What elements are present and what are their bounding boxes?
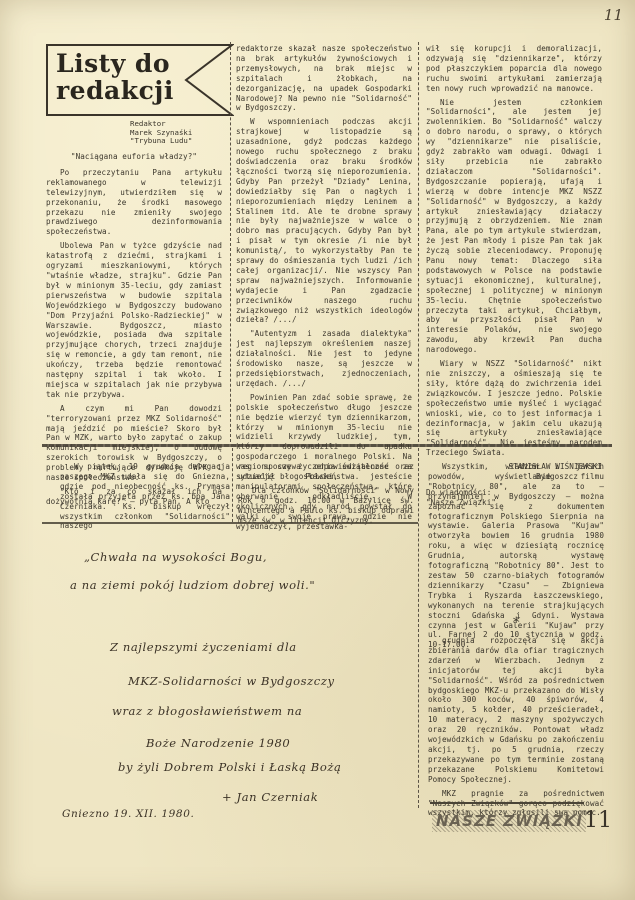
masthead-logo: NASZE ZWIĄZKI (432, 810, 586, 832)
handwriting-separator (42, 522, 418, 524)
notice-paragraph: W piątek, 19 grudnia delegacja naszego M… (60, 462, 230, 531)
notice-column-3b: grudnia rozpoczęła się akcja zbierania d… (428, 636, 604, 822)
page-number: 11 (584, 808, 612, 833)
addressee-block: Redaktor Marek Szynaśki "Trybuna Ludu" (130, 120, 192, 146)
notice-paragraph: grudnia rozpoczęła się akcja zbierania d… (428, 636, 604, 785)
letter-column-1: "Naciągana euforia władzy?" Po przeczyta… (46, 152, 222, 511)
notice-column-1: W piątek, 19 grudnia delegacja naszego M… (60, 462, 230, 535)
section-title-line2: redakcji (56, 77, 174, 104)
handwritten-line: „Chwała na wysokości Bogu, (84, 550, 267, 564)
handwritten-line: a na ziemi pokój ludziom dobrej woli." (70, 578, 315, 592)
footer-rule (430, 802, 584, 804)
notice-paragraph: Dla członków "Solidarności" w Nowy Rok o… (238, 486, 414, 526)
section-separator (42, 444, 612, 447)
column-divider (232, 448, 233, 522)
handwritten-signature: + Jan Czerniak (222, 790, 318, 804)
letter-paragraph: Nie jestem członkiem "Solidarności", ale… (426, 98, 602, 356)
handwritten-page-number: 11 (604, 6, 623, 24)
column-divider (418, 42, 419, 442)
handwritten-line: Boże Narodzenie 1980 (146, 736, 290, 750)
column-divider (230, 42, 231, 442)
handwritten-line: wraz z błogosławieństwem na (112, 704, 302, 718)
notice-column-2: regionu swe życzenia świąteczne oraz udz… (238, 462, 414, 529)
notice-paragraph: regionu swe życzenia świąteczne oraz udz… (238, 462, 414, 482)
addressee-publication: "Trybuna Ludu" (130, 137, 192, 146)
letter-paragraph: Po przeczytaniu Pana artykułu reklamowan… (46, 168, 222, 237)
asterisk-separator: * (512, 615, 520, 631)
section-title: Listy do redakcji (56, 50, 174, 104)
letter-column-3: wił się korupcji i demoralizacji, odzywa… (426, 44, 602, 512)
letter-paragraph: W wspomnieniach podczas akcji strajkowej… (236, 117, 412, 325)
handwritten-line: Z najlepszymi życzeniami dla (110, 640, 297, 654)
handwritten-line: by żyli Dobrem Polski i Łaską Bożą (118, 760, 341, 774)
handwritten-line: MKZ-Solidarności w Bydgoszczy (128, 674, 335, 688)
envelope-chevron-icon (180, 44, 234, 116)
letter-paragraph: redaktorze skazał nasze społeczeństwo na… (236, 44, 412, 113)
letter-paragraph: "Autentyzm i zasada dialektyka" jest naj… (236, 329, 412, 388)
column-divider (418, 448, 419, 808)
letter-paragraph: wił się korupcji i demoralizacji, odzywa… (426, 44, 602, 94)
letter-paragraph: Ubolewa Pan w tyżce gdzyście nad katastr… (46, 241, 222, 400)
handwritten-date: Gniezno 19. XII. 1980. (62, 808, 194, 820)
letter-headline: "Naciągana euforia władzy?" (46, 152, 222, 162)
section-title-line1: Listy do (56, 50, 174, 77)
